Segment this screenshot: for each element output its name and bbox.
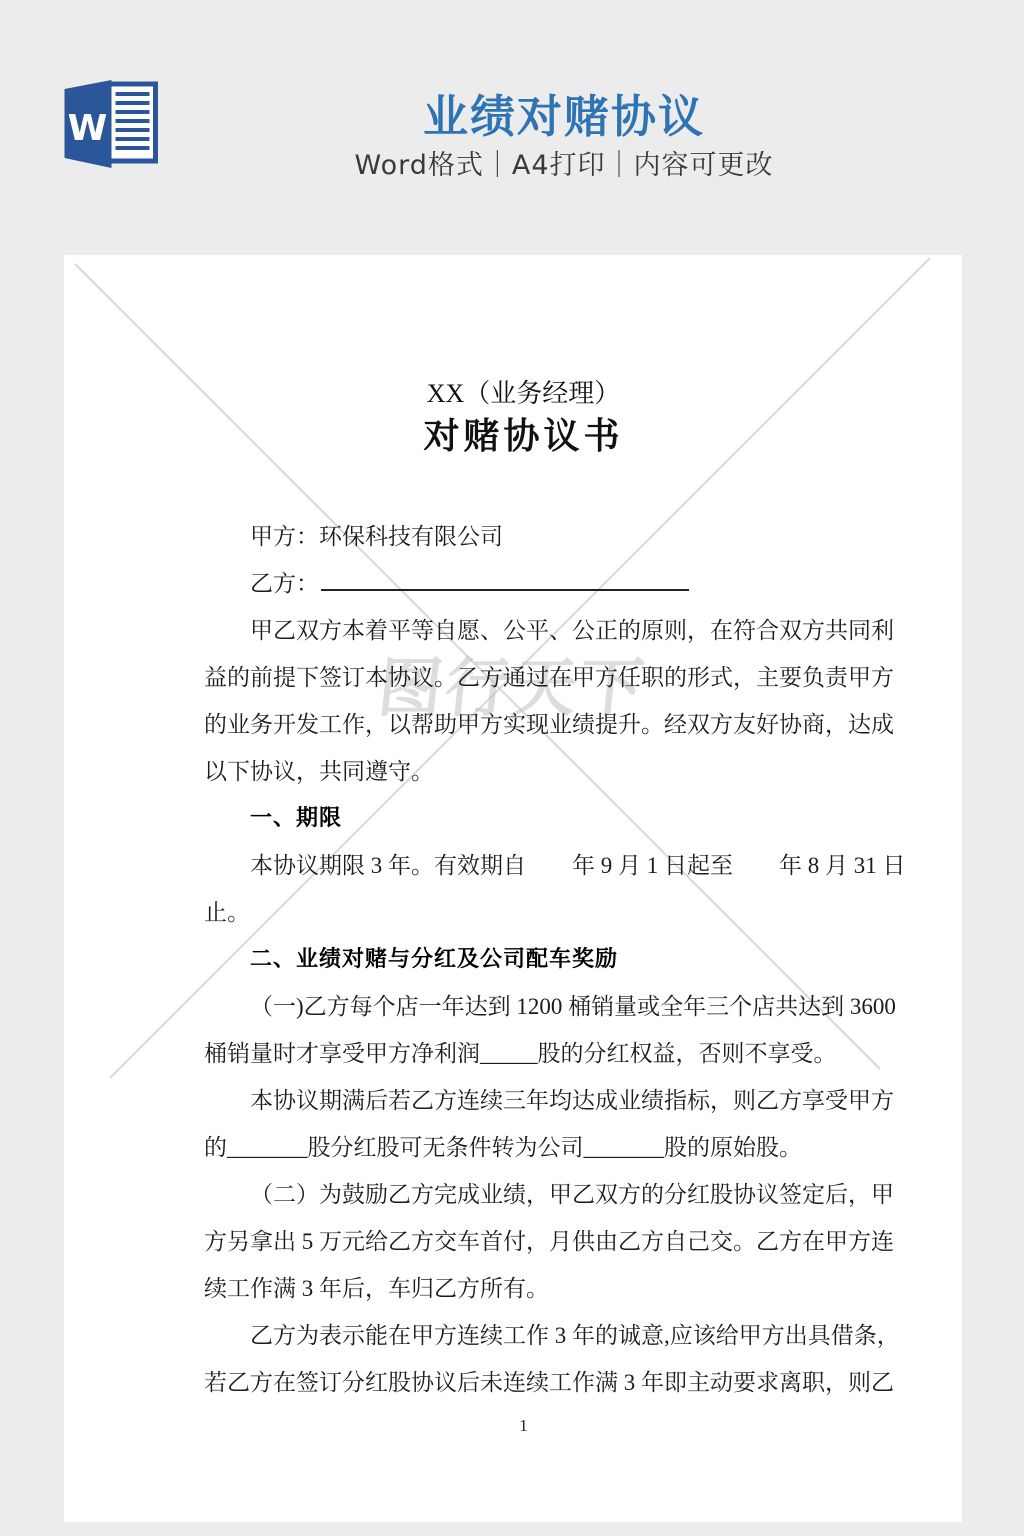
doc-line-text: （一)乙方每个店一年达到 1200 桶销量或全年三个店共达到 3600: [250, 994, 896, 1019]
doc-line: 以下协议，共同遵守。: [204, 748, 843, 795]
doc-line-text: 甲方：环保科技有限公司: [250, 524, 503, 549]
doc-line: 本协议期限 3 年。有效期自 年 9 月 1 日起至 年 8 月 31 日: [204, 842, 843, 889]
doc-line-text: 以下协议，共同遵守。: [204, 759, 434, 784]
doc-line: 的_______股分红股可无条件转为公司_______股的原始股。: [204, 1124, 843, 1171]
doc-line: 桶销量时才享受甲方净利润_____股的分红权益，否则不享受。: [204, 1030, 843, 1077]
page-number: 1: [204, 1412, 843, 1440]
doc-line-text: 甲乙双方本着平等自愿、公平、公正的原则，在符合双方共同利: [250, 618, 894, 643]
doc-line-text: 乙方为表示能在甲方连续工作 3 年的诚意,应该给甲方出具借条，: [250, 1323, 900, 1348]
doc-line: 的业务开发工作，以帮助甲方实现业绩提升。经双方友好协商，达成: [204, 701, 843, 748]
doc-line-text: 乙方：: [250, 571, 319, 596]
doc-title-line2: 对赌协议书: [204, 412, 843, 460]
doc-line: 甲方：环保科技有限公司: [204, 513, 843, 560]
doc-line-text: 二、业绩对赌与分红及公司配车奖励: [250, 947, 618, 972]
doc-line-text: （二）为鼓励乙方完成业绩，甲乙双方的分红股协议签定后，甲: [250, 1182, 894, 1207]
doc-line-text: 止。: [204, 900, 250, 925]
doc-line: 甲乙双方本着平等自愿、公平、公正的原则，在符合双方共同利: [204, 607, 843, 654]
template-preview-canvas: W 业绩对赌协议 Word格式｜A4打印｜内容可更改 图行天下 XX（业务经理）…: [0, 0, 1024, 1536]
document-page: 图行天下 XX（业务经理） 对赌协议书 甲方：环保科技有限公司乙方：甲乙双方本着…: [64, 255, 962, 1522]
doc-line-text: 续工作满 3 年后，车归乙方所有。: [204, 1276, 549, 1301]
doc-line-text: 的_______股分红股可无条件转为公司_______股的原始股。: [204, 1135, 802, 1160]
doc-line: 止。: [204, 889, 843, 936]
doc-line: 本协议期满后若乙方连续三年均达成业绩指标，则乙方享受甲方: [204, 1077, 843, 1124]
doc-line: 益的前提下签订本协议。乙方通过在甲方任职的形式，主要负责甲方: [204, 654, 843, 701]
header: W 业绩对赌协议 Word格式｜A4打印｜内容可更改: [0, 0, 1024, 255]
doc-line-text: 益的前提下签订本协议。乙方通过在甲方任职的形式，主要负责甲方: [204, 665, 894, 690]
doc-line: 若乙方在签订分红股协议后未连续工作满 3 年即主动要求离职，则乙: [204, 1359, 843, 1406]
doc-line: 续工作满 3 年后，车归乙方所有。: [204, 1265, 843, 1312]
doc-line: 二、业绩对赌与分红及公司配车奖励: [204, 936, 843, 983]
doc-line-text: 方另拿出 5 万元给乙方交车首付，月供由乙方自己交。乙方在甲方连: [204, 1229, 894, 1254]
template-title: 业绩对赌协议: [104, 92, 1024, 142]
doc-line-text: 的业务开发工作，以帮助甲方实现业绩提升。经双方友好协商，达成: [204, 712, 894, 737]
doc-line: （二）为鼓励乙方完成业绩，甲乙双方的分红股协议签定后，甲: [204, 1171, 843, 1218]
doc-body: 甲方：环保科技有限公司乙方：甲乙双方本着平等自愿、公平、公正的原则，在符合双方共…: [204, 513, 843, 1406]
doc-line-text: 一、期限: [250, 806, 342, 831]
template-subtitle: Word格式｜A4打印｜内容可更改: [104, 150, 1024, 182]
fill-in-blank-line: [321, 565, 689, 591]
word-icon-letter: W: [68, 108, 108, 149]
doc-line-text: 本协议期满后若乙方连续三年均达成业绩指标，则乙方享受甲方: [250, 1088, 894, 1113]
doc-line: 一、期限: [204, 795, 843, 842]
doc-line: 乙方为表示能在甲方连续工作 3 年的诚意,应该给甲方出具借条，: [204, 1312, 843, 1359]
doc-title-line1: XX（业务经理）: [204, 376, 843, 412]
doc-line: （一)乙方每个店一年达到 1200 桶销量或全年三个店共达到 3600: [204, 983, 843, 1030]
document-content: XX（业务经理） 对赌协议书 甲方：环保科技有限公司乙方：甲乙双方本着平等自愿、…: [204, 255, 843, 1440]
doc-line: 方另拿出 5 万元给乙方交车首付，月供由乙方自己交。乙方在甲方连: [204, 1218, 843, 1265]
doc-line-text: 本协议期限 3 年。有效期自 年 9 月 1 日起至 年 8 月 31 日: [250, 853, 906, 878]
doc-line-text: 桶销量时才享受甲方净利润_____股的分红权益，否则不享受。: [204, 1041, 837, 1066]
doc-line: 乙方：: [204, 560, 843, 607]
doc-line-text: 若乙方在签订分红股协议后未连续工作满 3 年即主动要求离职，则乙: [204, 1370, 894, 1395]
